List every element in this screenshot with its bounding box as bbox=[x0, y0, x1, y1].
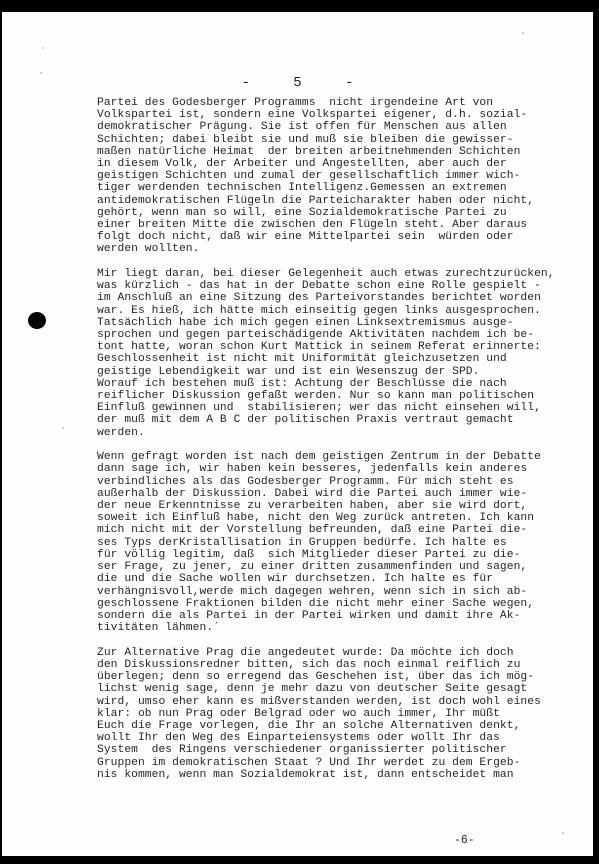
text-line: Gruppen im demokratischen Staat ? Und Ih… bbox=[97, 757, 593, 769]
text-line: sprochen und gegen parteischädigende Akt… bbox=[97, 329, 593, 341]
paragraph-1: Partei des Godesberger Programms nicht i… bbox=[97, 97, 593, 256]
document-body: Partei des Godesberger Programms nicht i… bbox=[97, 97, 593, 793]
text-line: wird, umso eher kann es mißverstanden we… bbox=[97, 696, 593, 708]
text-line: ser Frage, zu jener, zu einer dritten zu… bbox=[97, 561, 593, 573]
text-line: der muß mit dem A B C der politischen Pr… bbox=[97, 414, 593, 426]
text-line: Partei des Godesberger Programms nicht i… bbox=[97, 97, 593, 109]
scan-speck bbox=[42, 47, 44, 49]
text-line: den Diskussionsredner bitten, sich das n… bbox=[97, 659, 593, 671]
text-line: für völlig legitim, daß sich Mitglieder … bbox=[97, 549, 593, 561]
text-line: tiger werdenden technischen Intelligenz.… bbox=[97, 182, 593, 194]
text-line: in diesem Volk, der Arbeiter und Angeste… bbox=[97, 158, 593, 170]
text-line: im Anschluß an eine Sitzung des Parteivo… bbox=[97, 292, 593, 304]
text-line: Euch die Frage vorlegen, die Ihr an solc… bbox=[97, 720, 593, 732]
text-line: lichst wenig sage, denn je mehr dazu von… bbox=[97, 683, 593, 695]
text-line: werden wollten. bbox=[97, 243, 593, 255]
text-line: sondern die als Partei in der Partei wir… bbox=[97, 610, 593, 622]
text-line: maßen natürliche Heimat der breiten arbe… bbox=[97, 146, 593, 158]
text-line: klar: ob nun Prag oder Belgrad oder wo a… bbox=[97, 708, 593, 720]
text-line: einer breiten Mitte die zwischen den Flü… bbox=[97, 219, 593, 231]
text-line: ses Typs derKristallisation in Gruppen b… bbox=[97, 537, 593, 549]
text-line: Volkspartei ist, sondern eine Volksparte… bbox=[97, 109, 593, 121]
text-line: tivitäten lähmen.´ bbox=[97, 622, 593, 634]
text-line: wollt Ihr den Weg des Einparteiensystems… bbox=[97, 732, 593, 744]
text-line: geistigen Schichten und zumal der gesell… bbox=[97, 170, 593, 182]
text-line: Wenn gefragt worden ist nach dem geistig… bbox=[97, 451, 593, 463]
text-line: überlegen; denn so erregend das Geschehe… bbox=[97, 671, 593, 683]
paragraph-4: Zur Alternative Prag die angedeutet wurd… bbox=[97, 647, 593, 781]
punch-hole bbox=[28, 312, 46, 329]
scan-speck bbox=[62, 427, 64, 429]
text-line: Zur Alternative Prag die angedeutet wurd… bbox=[97, 647, 593, 659]
scan-speck bbox=[40, 72, 42, 74]
text-line: System des Ringens verschiedener organis… bbox=[97, 744, 593, 756]
text-line: Tatsächlich habe ich mich gegen einen Li… bbox=[97, 317, 593, 329]
page-number: 5 bbox=[293, 75, 301, 91]
text-line: Einfluß gewinnen und stabilisieren; wer … bbox=[97, 402, 593, 414]
paragraph-2: Mir liegt daran, bei dieser Gelegenheit … bbox=[97, 268, 593, 439]
scan-speck bbox=[522, 32, 524, 34]
paragraph-3: Wenn gefragt worden ist nach dem geistig… bbox=[97, 451, 593, 634]
page-number-dash-right: - bbox=[345, 75, 353, 91]
page-number-dash-left: - bbox=[241, 75, 249, 91]
text-line: gehört, wenn man so will, eine Sozialdem… bbox=[97, 207, 593, 219]
text-line: soweit ich Einfluß habe, nicht den Weg z… bbox=[97, 512, 593, 524]
text-line: verhängnisvoll,werde mich dagegen wehren… bbox=[97, 586, 593, 598]
text-line: dann sage ich, wir haben kein besseres, … bbox=[97, 463, 593, 475]
text-line: demokratischer Prägung. Sie ist offen fü… bbox=[97, 121, 593, 133]
next-page-marker: -6- bbox=[454, 834, 475, 847]
text-line: Geschlossenheit ist nicht mit Uniformitä… bbox=[97, 353, 593, 365]
text-line: was kürzlich - das hat in der Debatte sc… bbox=[97, 280, 593, 292]
text-line: außerhalb der Diskussion. Dabei wird die… bbox=[97, 488, 593, 500]
text-line: werden. bbox=[97, 427, 593, 439]
text-line: nis kommen, wenn man Sozialdemokrat ist,… bbox=[97, 769, 593, 781]
text-line: Mir liegt daran, bei dieser Gelegenheit … bbox=[97, 268, 593, 280]
text-line: verbindliches als das Godesberger Progra… bbox=[97, 476, 593, 488]
text-line: geistige Lebendigkeit war und ist ein We… bbox=[97, 366, 593, 378]
text-line: der neue Erkenntnisse zu verarbeiten hab… bbox=[97, 500, 593, 512]
page-number-header: - 5 - bbox=[2, 75, 593, 91]
scan-speck bbox=[562, 832, 564, 834]
text-line: Schichten; dabei bleibt sie und muß sie … bbox=[97, 134, 593, 146]
text-line: war. Es hieß, ich hätte mich einseitig g… bbox=[97, 305, 593, 317]
text-line: Worauf ich bestehen muß ist: Achtung der… bbox=[97, 378, 593, 390]
text-line: folgt doch nicht, daß wir eine Mittelpar… bbox=[97, 231, 593, 243]
text-line: die und die Sache wollen wir durchsetzen… bbox=[97, 573, 593, 585]
text-line: mich nicht mit der Vorstellung befreunde… bbox=[97, 524, 593, 536]
text-line: reiflicher Diskussion gefaßt werden. Nur… bbox=[97, 390, 593, 402]
document-page: - 5 - Partei des Godesberger Programms n… bbox=[2, 12, 593, 856]
text-line: geschlossene Fraktionen bilden die nicht… bbox=[97, 598, 593, 610]
text-line: tont hatte, woran schon Kurt Mattick in … bbox=[97, 341, 593, 353]
text-line: antidemokratischen Flügeln die Parteicha… bbox=[97, 195, 593, 207]
